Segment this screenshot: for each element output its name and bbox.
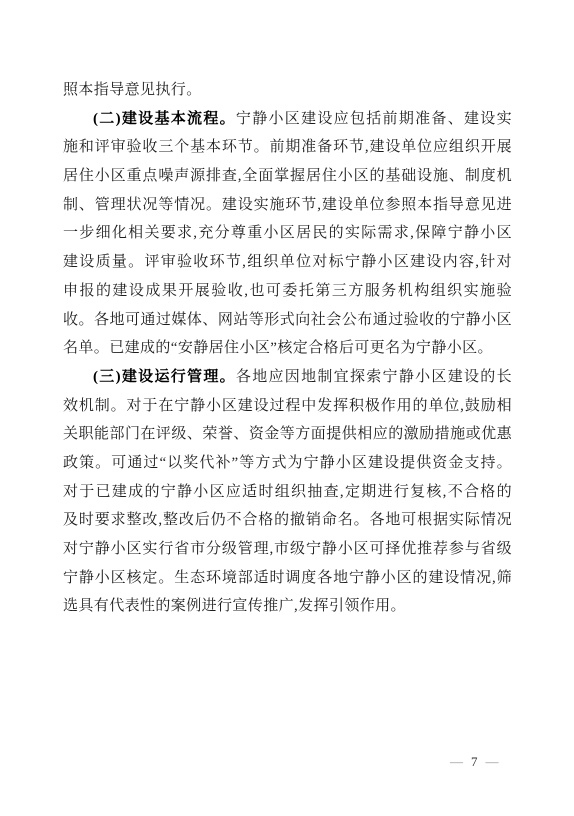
text-line: 政策。可通过“以奖代补”等方式为宁静小区建设提供资金支持。 (63, 449, 512, 478)
section-heading-3: (三)建设运行管理。 (93, 369, 236, 385)
body-text: 申报的建设成果开展验收,也可委托第三方服务机构组织实施验 (63, 283, 512, 299)
body-text: 制、管理状况等情况。建设实施环节,建设单位参照本指导意见进 (63, 197, 512, 213)
text-line: (二)建设基本流程。宁静小区建设应包括前期准备、建设实 (63, 105, 512, 134)
text-line: 名单。已建成的“安静居住小区”核定合格后可更名为宁静小区。 (63, 334, 512, 363)
page-number-dash-right: — (486, 754, 499, 769)
text-line: 关职能部门在评级、荣誉、资金等方面提供相应的激励措施或优惠 (63, 420, 512, 449)
text-line: 效机制。对于在宁静小区建设过程中发挥积极作用的单位,鼓励相 (63, 392, 512, 421)
body-text: 施和评审验收三个基本环节。前期准备环节,建设单位应组织开展 (63, 139, 512, 155)
body-text: 各地应因地制宜探索宁静小区建设的长 (236, 369, 512, 385)
page-number-dash-left: — (450, 754, 463, 769)
body-text: 效机制。对于在宁静小区建设过程中发挥积极作用的单位,鼓励相 (63, 398, 512, 414)
body-text: 及时要求整改,整改后仍不合格的撤销命名。各地可根据实际情况 (63, 512, 512, 528)
text-line: (三)建设运行管理。各地应因地制宜探索宁静小区建设的长 (63, 363, 512, 392)
text-line: 施和评审验收三个基本环节。前期准备环节,建设单位应组织开展 (63, 133, 512, 162)
text-line: 建设质量。评审验收环节,组织单位对标宁静小区建设内容,针对 (63, 248, 512, 277)
body-text: 名单。已建成的“安静居住小区”核定合格后可更名为宁静小区。 (63, 340, 493, 356)
page-number-value: 7 (471, 754, 478, 769)
text-line: 制、管理状况等情况。建设实施环节,建设单位参照本指导意见进 (63, 191, 512, 220)
body-text: 政策。可通过“以奖代补”等方式为宁静小区建设提供资金支持。 (63, 455, 512, 471)
text-line: 收。各地可通过媒体、网站等形式向社会公布通过验收的宁静小区 (63, 306, 512, 335)
text-line: 申报的建设成果开展验收,也可委托第三方服务机构组织实施验 (63, 277, 512, 306)
text-line: 对宁静小区实行省市分级管理,市级宁静小区可择优推荐参与省级 (63, 535, 512, 564)
body-text: 建设质量。评审验收环节,组织单位对标宁静小区建设内容,针对 (63, 254, 512, 270)
body-text: 宁静小区核定。生态环境部适时调度各地宁静小区的建设情况,筛 (63, 570, 512, 586)
text-line: 对于已建成的宁静小区应适时组织抽查,定期进行复核,不合格的 (63, 478, 512, 507)
body-text: 关职能部门在评级、荣誉、资金等方面提供相应的激励措施或优惠 (63, 426, 512, 442)
body-text-block: 照本指导意见执行。 (二)建设基本流程。宁静小区建设应包括前期准备、建设实 施和… (63, 76, 512, 621)
body-text: 收。各地可通过媒体、网站等形式向社会公布通过验收的宁静小区 (63, 312, 512, 328)
body-text: 对于已建成的宁静小区应适时组织抽查,定期进行复核,不合格的 (63, 484, 512, 500)
text-line: 居住小区重点噪声源排查,全面掌握居住小区的基础设施、制度机 (63, 162, 512, 191)
section-heading-2: (二)建设基本流程。 (93, 111, 236, 127)
body-text: 对宁静小区实行省市分级管理,市级宁静小区可择优推荐参与省级 (63, 541, 512, 557)
text-line: 及时要求整改,整改后仍不合格的撤销命名。各地可根据实际情况 (63, 506, 512, 535)
text-line: 宁静小区核定。生态环境部适时调度各地宁静小区的建设情况,筛 (63, 564, 512, 593)
paragraph-tail-text: 照本指导意见执行。 (63, 82, 202, 98)
text-line: 照本指导意见执行。 (63, 76, 512, 105)
body-text: 选具有代表性的案例进行宣传推广,发挥引领作用。 (63, 598, 406, 614)
body-text: 一步细化相关要求,充分尊重小区居民的实际需求,保障宁静小区 (63, 225, 512, 241)
body-text: 居住小区重点噪声源排查,全面掌握居住小区的基础设施、制度机 (63, 168, 512, 184)
text-line: 选具有代表性的案例进行宣传推广,发挥引领作用。 (63, 592, 512, 621)
page-number: —7— (450, 753, 499, 771)
body-text: 宁静小区建设应包括前期准备、建设实 (236, 111, 512, 127)
document-page: 照本指导意见执行。 (二)建设基本流程。宁静小区建设应包括前期准备、建设实 施和… (0, 0, 574, 816)
text-line: 一步细化相关要求,充分尊重小区居民的实际需求,保障宁静小区 (63, 219, 512, 248)
